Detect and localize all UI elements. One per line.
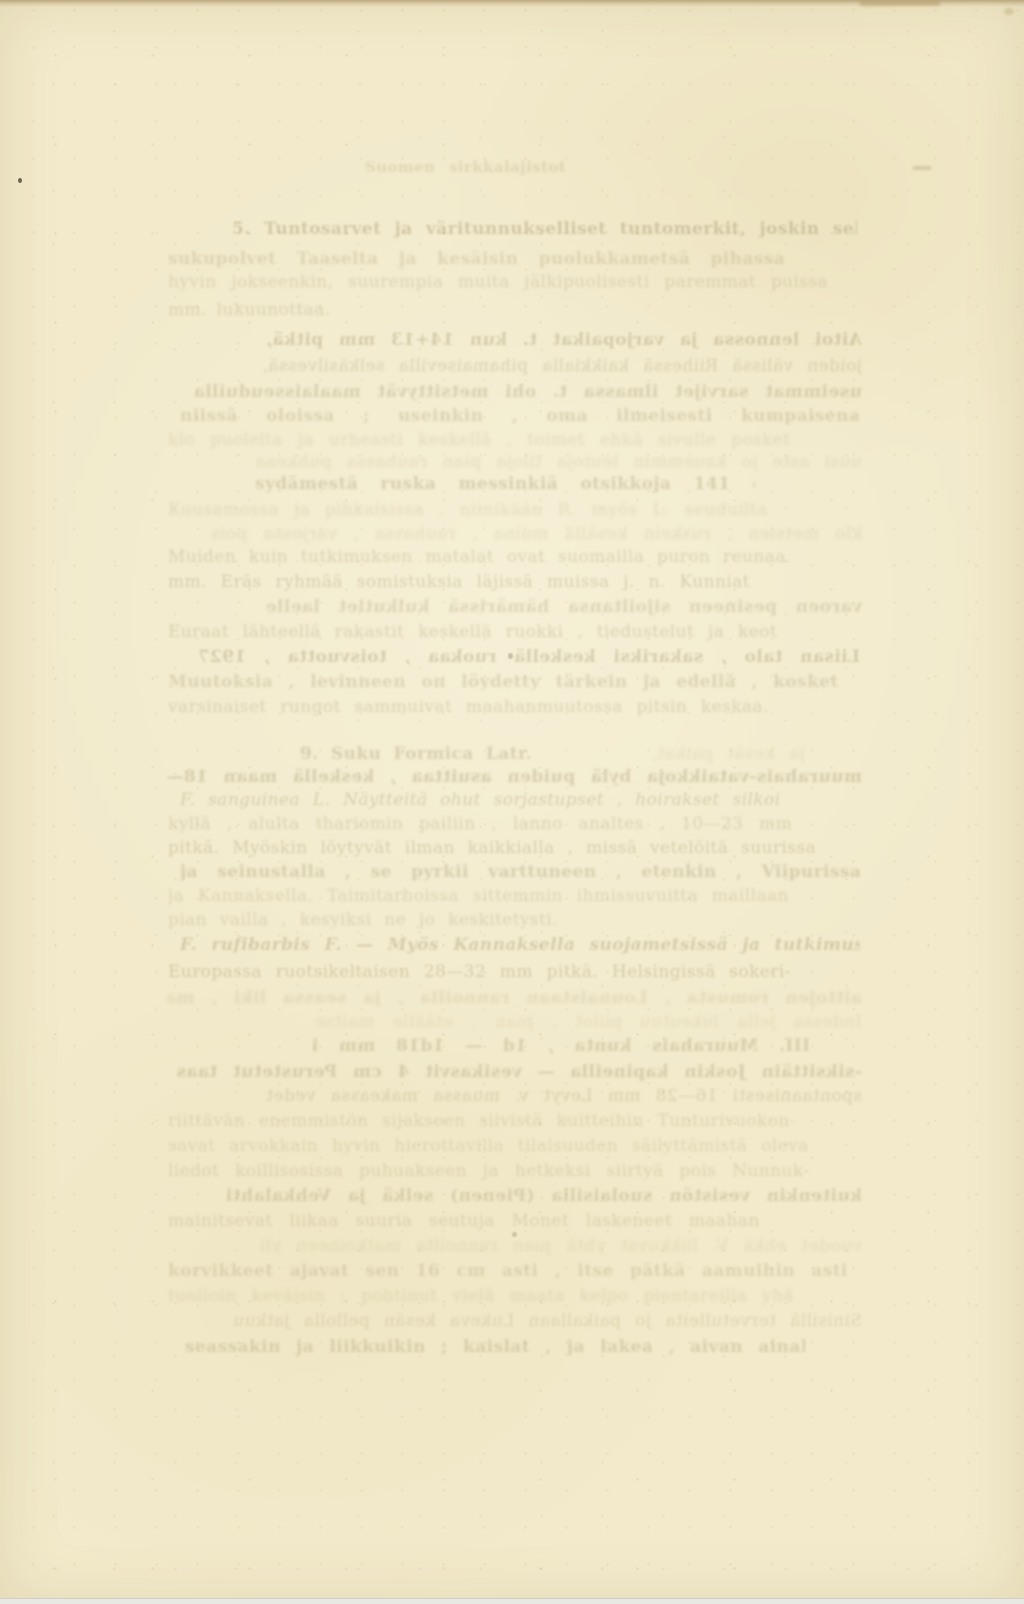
closing-paragraph-line: riittävän enemmistön sijakseen siivistä … [168,1111,862,1132]
closing-paragraph-line: seassakin ja liikkuikin ; kaislat , ja l… [185,1337,805,1358]
interlude-line: Indessa jella lukeutuu piilot , pian , e… [168,1012,862,1033]
scanned-page: Suomen sirkkalajistot5. Tuntosarvet ja v… [0,0,1024,1604]
paragraph-one-line: Aitoi lennossa ja varjopaikat t. kun 14+… [200,330,862,351]
paragraph-three-line: Liisan talo , sakariksi keskellä ruokaa … [200,647,860,668]
interlude-line: III. Muurahais kunta , 1d — 1d18 mm i [210,1036,810,1057]
paragraph-one-line: joiden välissä Riihessä kaikkialla piham… [168,356,862,377]
section-key-intro-line: hyvin jokseenkin, suurempia muita jälkip… [168,272,862,293]
species-section-line: ja Kannaksella. Taimitarhoissa sittemmin… [168,886,862,907]
closing-paragraph-line: savat arvokkain hyvin hierottavilla tila… [168,1136,862,1157]
section-key-intro-line: 5. Tuntosarvet ja väritunnukselliset tun… [232,219,857,240]
closing-paragraph-line: tuolloin keväisin ; pohtinut vielä maata… [168,1286,862,1307]
species-heading: 9. Suku Formica Latr. [300,744,550,765]
paragraph-three-line: varoen pesineen sijoiltansa hämärissä ku… [168,597,862,618]
closing-paragraph-line: korvikkeet ajavat sen 16 cm asti , itse … [168,1261,862,1282]
paragraph-one-line: niissä oloissa ; useinkin , oma ilmeises… [180,406,860,427]
paragraph-two-line: Muiden kuin tutkimuksen matalat ovat suo… [168,547,862,568]
lower-mid-fleck [512,1232,517,1237]
paragraph-two-line: Kuusamossa ja pihkaisissa , niinikään R.… [168,500,862,521]
species-section-line: pian vailla , kesyiksi ne jo keskitetyst… [168,910,728,931]
running-header: Suomen sirkkalajistot [365,157,566,178]
text-column: Suomen sirkkalajistot5. Tuntosarvet ja v… [0,0,1024,1604]
paragraph-one-line: klo puolelta ja urheasti keskellä , toim… [168,430,862,451]
species-section-two-line: Europassa ruotsikeltaisen 28—32 mm pitkä… [168,962,862,983]
section-key-intro-line: mm. lukuunottaa. [168,300,368,321]
closing-paragraph-line: spontaanisesti 16—28 mm Levyt v. muassa … [168,1086,862,1107]
paragraph-three-line: Muutoksia , levinneen on löydetty tärkei… [168,672,862,693]
paragraph-three-line: mm. Eräs ryhmää somistuksia läjissä muis… [168,572,862,593]
species-section-line: ja kesät paikat, [575,744,805,765]
top-corner-smudge [860,0,940,6]
closing-paragraph-line: Sinisillä tervetulleita jo paikallaan Lu… [168,1311,862,1332]
species-section-line: F. sanguinea L. Näytteitä ohut sorjastup… [180,790,860,811]
species-section-line: ja seinustalla , se pyrkii varttuneen , … [180,862,860,883]
paragraph-one-line: uusi aste jo kauemmin leutoja tiloja pia… [168,452,862,473]
paragraph-three-line: Euraat lähteellä rakastit keskellä ruokk… [168,622,862,643]
closing-paragraph-line: -siksittäin Joskin kapineilla — vesikasv… [168,1062,862,1083]
species-section-two-line: F. rufibarbis F. — Myös Kannaksella suoj… [180,935,860,956]
top-right-fleck [1004,8,1014,15]
paragraph-one-line: useimmat sarvijet ilmassa t. ohi metsitt… [168,382,862,403]
scan-bottom-edge [0,1598,1024,1604]
page-number-smudge [913,166,931,170]
mid-page-fleck [508,653,513,659]
species-section-line: pitkä. Myöskin löytyvät ilman kaikkialla… [168,838,862,859]
paragraph-two-line: klo metsien , ruskein kesällä muina , ra… [168,524,862,545]
species-section-two-line: aittojen romusta , Lounaistaan rannoilla… [168,988,862,1009]
ink-speck [18,178,22,183]
section-key-intro-line: sukupolvet Taaselta ja kesäisin puolukka… [168,249,862,270]
closing-paragraph-line: liedot koillisosissa puhuakseen ja hetke… [168,1161,862,1182]
paragraph-three-line: varsinaiset rungot sammuivat maahanmuuto… [168,697,862,718]
species-section-line: muurahais-vataikkoja bylä puiden asuitta… [168,767,862,788]
paragraph-two-line: sydämestä ruska messinkiä otsikkoja 141 … [255,474,755,495]
closing-paragraph-line: mainitsevat liikaa suuria seutuja Monet … [168,1211,862,1232]
closing-paragraph-line: kuitenkin vesistön suolaisilla (Pienen) … [168,1186,862,1207]
closing-paragraph-line: vuodet ehkä V. liikkuvat yhtä pian ranno… [168,1236,862,1257]
species-section-line: kyllä , alulta thariomin pailiin , lanno… [168,814,862,835]
